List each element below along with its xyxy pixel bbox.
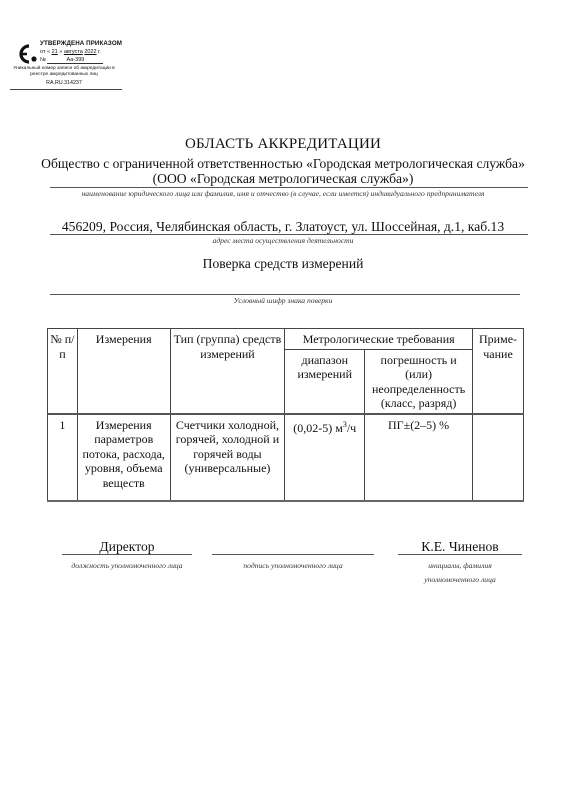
date-month: августа: [64, 49, 83, 55]
number-label: №: [40, 57, 46, 63]
signatory-position: Директор: [62, 539, 192, 555]
accreditation-logo-icon: [14, 42, 38, 66]
position-underline: [62, 554, 192, 555]
header-error: погрешность и (или) неопределенность (кл…: [365, 349, 473, 414]
mark-code-caption: Условный шифр знака поверки: [0, 296, 566, 305]
organization-short-name: (ООО «Городская метрологическая служба»): [0, 171, 566, 187]
stamp-number: № Аа-399: [40, 57, 103, 64]
organization-underline: [50, 187, 528, 188]
registry-number: RA.RU.314237: [10, 80, 118, 86]
header-range: диапазон измерений: [285, 349, 365, 414]
accreditation-scope-table: № п/п Измерения Тип (группа) средств изм…: [47, 328, 524, 502]
address: 456209, Россия, Челябинская область, г. …: [0, 219, 566, 235]
address-caption: адрес места осуществления деятельности: [0, 236, 566, 245]
stamp-date: от « 21 » августа 2022 г.: [40, 49, 101, 55]
range-value: (0,02-5) м: [293, 421, 343, 435]
date-prefix: от «: [40, 49, 50, 55]
table-row: 1 Измерения параметров потока, расхода, …: [48, 414, 524, 501]
name-caption-line2: уполномоченного лица: [398, 575, 522, 584]
cell-type: Счетчики холодной, горячей, холодной и г…: [170, 414, 285, 501]
name-underline: [398, 554, 522, 555]
cell-num: 1: [48, 414, 78, 501]
document-title: ОБЛАСТЬ АККРЕДИТАЦИИ: [0, 136, 566, 153]
signature-caption: подпись уполномоченного лица: [212, 561, 374, 570]
date-day: 21: [52, 49, 58, 55]
header-metro-requirements: Метрологические требования: [285, 329, 473, 350]
name-caption-line1: инициалы, фамилия: [398, 561, 522, 570]
stamp-title: УТВЕРЖДЕНА ПРИКАЗОМ: [40, 40, 122, 47]
header-note: Приме-чание: [473, 329, 524, 414]
header-measurements: Измерения: [77, 329, 170, 414]
service-type: Поверка средств измерений: [0, 256, 566, 272]
date-mid: »: [59, 49, 62, 55]
date-suffix: г.: [98, 49, 101, 55]
header-num: № п/п: [48, 329, 78, 414]
organization-caption: наименование юридического лица или фамил…: [0, 189, 566, 198]
signature-line: [212, 554, 374, 555]
address-underline: [50, 234, 528, 235]
mark-code-underline: [50, 294, 520, 295]
position-caption: должность уполномоченного лица: [52, 561, 202, 570]
signatory-name: К.Е. Чиненов: [398, 539, 522, 555]
date-year: 2022: [84, 49, 96, 55]
cell-error: ПГ±(2–5) %: [365, 414, 473, 501]
cell-measurements: Измерения параметров потока, расхода, ур…: [77, 414, 170, 501]
accreditation-stamp: УТВЕРЖДЕНА ПРИКАЗОМ от « 21 » августа 20…: [10, 38, 125, 94]
stamp-description: Уникальный номер записи об аккредитации …: [10, 66, 118, 78]
cell-note: [473, 414, 524, 501]
stamp-divider: [10, 89, 122, 90]
table-header-row: № п/п Измерения Тип (группа) средств изм…: [48, 329, 524, 350]
organization-full-name: Общество с ограниченной ответственностью…: [0, 156, 566, 172]
range-unit: /ч: [347, 421, 356, 435]
header-type: Тип (группа) средств измерений: [170, 329, 285, 414]
cell-range: (0,02-5) м3/ч: [285, 414, 365, 501]
number-value: Аа-399: [47, 57, 103, 64]
